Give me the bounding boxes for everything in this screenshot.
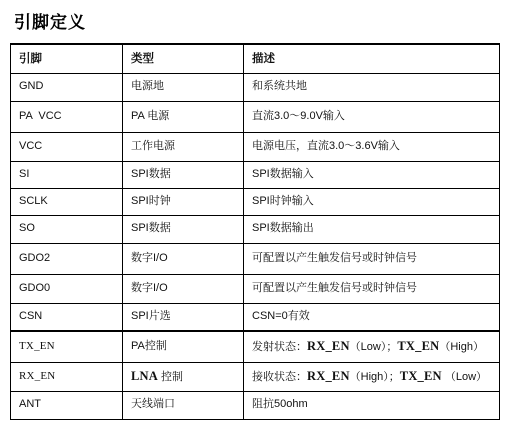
type-cell: 电源地 [123,73,244,101]
table-row-csn: CSN SPI片选 CSN=0有效 [11,303,500,331]
desc-cell: SPI时钟输入 [244,188,500,215]
pin-cell: SCLK [11,188,123,215]
table-row-gdo0: GDO0 数字I/O 可配置以产生触发信号或时钟信号 [11,274,500,303]
type-cell: 数字I/O [123,274,244,303]
type-cell: PA控制 [123,331,244,362]
signal-name-tx-en: TX_EN [397,339,439,353]
desc-cell: 可配置以产生触发信号或时钟信号 [244,274,500,303]
pin-cell: ANT [11,391,123,419]
table-row-gnd: GND 电源地 和系统共地 [11,73,500,101]
type-cell: 数字I/O [123,243,244,274]
header-cell-type: 类型 [123,44,244,73]
table-row-tx-en: TX_EN PA控制 发射状态：RX_EN（Low）；TX_EN（High） [11,331,500,362]
pin-cell: RX_EN [11,362,123,391]
desc-text: 发射状态： [252,341,307,353]
desc-cell: CSN=0有效 [244,303,500,331]
type-cell: SPI片选 [123,303,244,331]
pin-cell: SI [11,161,123,188]
desc-text: （High）； [350,371,400,383]
table-row-so: SO SPI数据 SPI数据输出 [11,215,500,243]
table-header-row: 引脚 类型 描述 [11,44,500,73]
pin-cell: PA VCC [11,101,123,132]
type-cell: PA 电源 [123,101,244,132]
signal-name-rx-en: RX_EN [307,339,350,353]
pin-cell: GDO2 [11,243,123,274]
pin-cell: VCC [11,132,123,161]
desc-cell: 阻抗50ohm [244,391,500,419]
desc-cell: 和系统共地 [244,73,500,101]
desc-cell: SPI数据输出 [244,215,500,243]
pin-definition-table: 引脚 类型 描述 GND 电源地 和系统共地 PA VCC PA 电源 直流3.… [10,43,500,420]
pin-cell: GND [11,73,123,101]
desc-text: （High） [439,341,484,353]
table-row-pa-vcc: PA VCC PA 电源 直流3.0～9.0V输入 [11,101,500,132]
type-cell: SPI数据 [123,215,244,243]
desc-cell: 电源电压，直流3.0～3.6V输入 [244,132,500,161]
desc-cell: 直流3.0～9.0V输入 [244,101,500,132]
signal-name-rx-en: RX_EN [307,369,350,383]
header-cell-pin: 引脚 [11,44,123,73]
signal-name-tx-en: TX_EN [400,369,442,383]
type-cell: 工作电源 [123,132,244,161]
desc-cell: 可配置以产生触发信号或时钟信号 [244,243,500,274]
desc-cell: 发射状态：RX_EN（Low）；TX_EN（High） [244,331,500,362]
table-row-sclk: SCLK SPI时钟 SPI时钟输入 [11,188,500,215]
table-row-ant: ANT 天线端口 阻抗50ohm [11,391,500,419]
pin-cell: GDO0 [11,274,123,303]
table-row-si: SI SPI数据 SPI数据输入 [11,161,500,188]
desc-text: 接收状态： [252,371,307,383]
pin-cell: TX_EN [11,331,123,362]
pin-cell: SO [11,215,123,243]
table-row-rx-en: RX_EN LNA 控制 接收状态：RX_EN（High）；TX_EN （Low… [11,362,500,391]
desc-text: （Low）； [350,341,398,353]
signal-name-lna: LNA [131,369,158,383]
header-cell-desc: 描述 [244,44,500,73]
type-text: 控制 [158,371,183,383]
type-cell: 天线端口 [123,391,244,419]
type-cell: SPI数据 [123,161,244,188]
type-cell: LNA 控制 [123,362,244,391]
desc-cell: 接收状态：RX_EN（High）；TX_EN （Low） [244,362,500,391]
table-row-vcc: VCC 工作电源 电源电压，直流3.0～3.6V输入 [11,132,500,161]
desc-cell: SPI数据输入 [244,161,500,188]
desc-text: （Low） [442,371,487,383]
table-row-gdo2: GDO2 数字I/O 可配置以产生触发信号或时钟信号 [11,243,500,274]
page-title: 引脚定义 [14,8,86,33]
type-cell: SPI时钟 [123,188,244,215]
pin-cell: CSN [11,303,123,331]
